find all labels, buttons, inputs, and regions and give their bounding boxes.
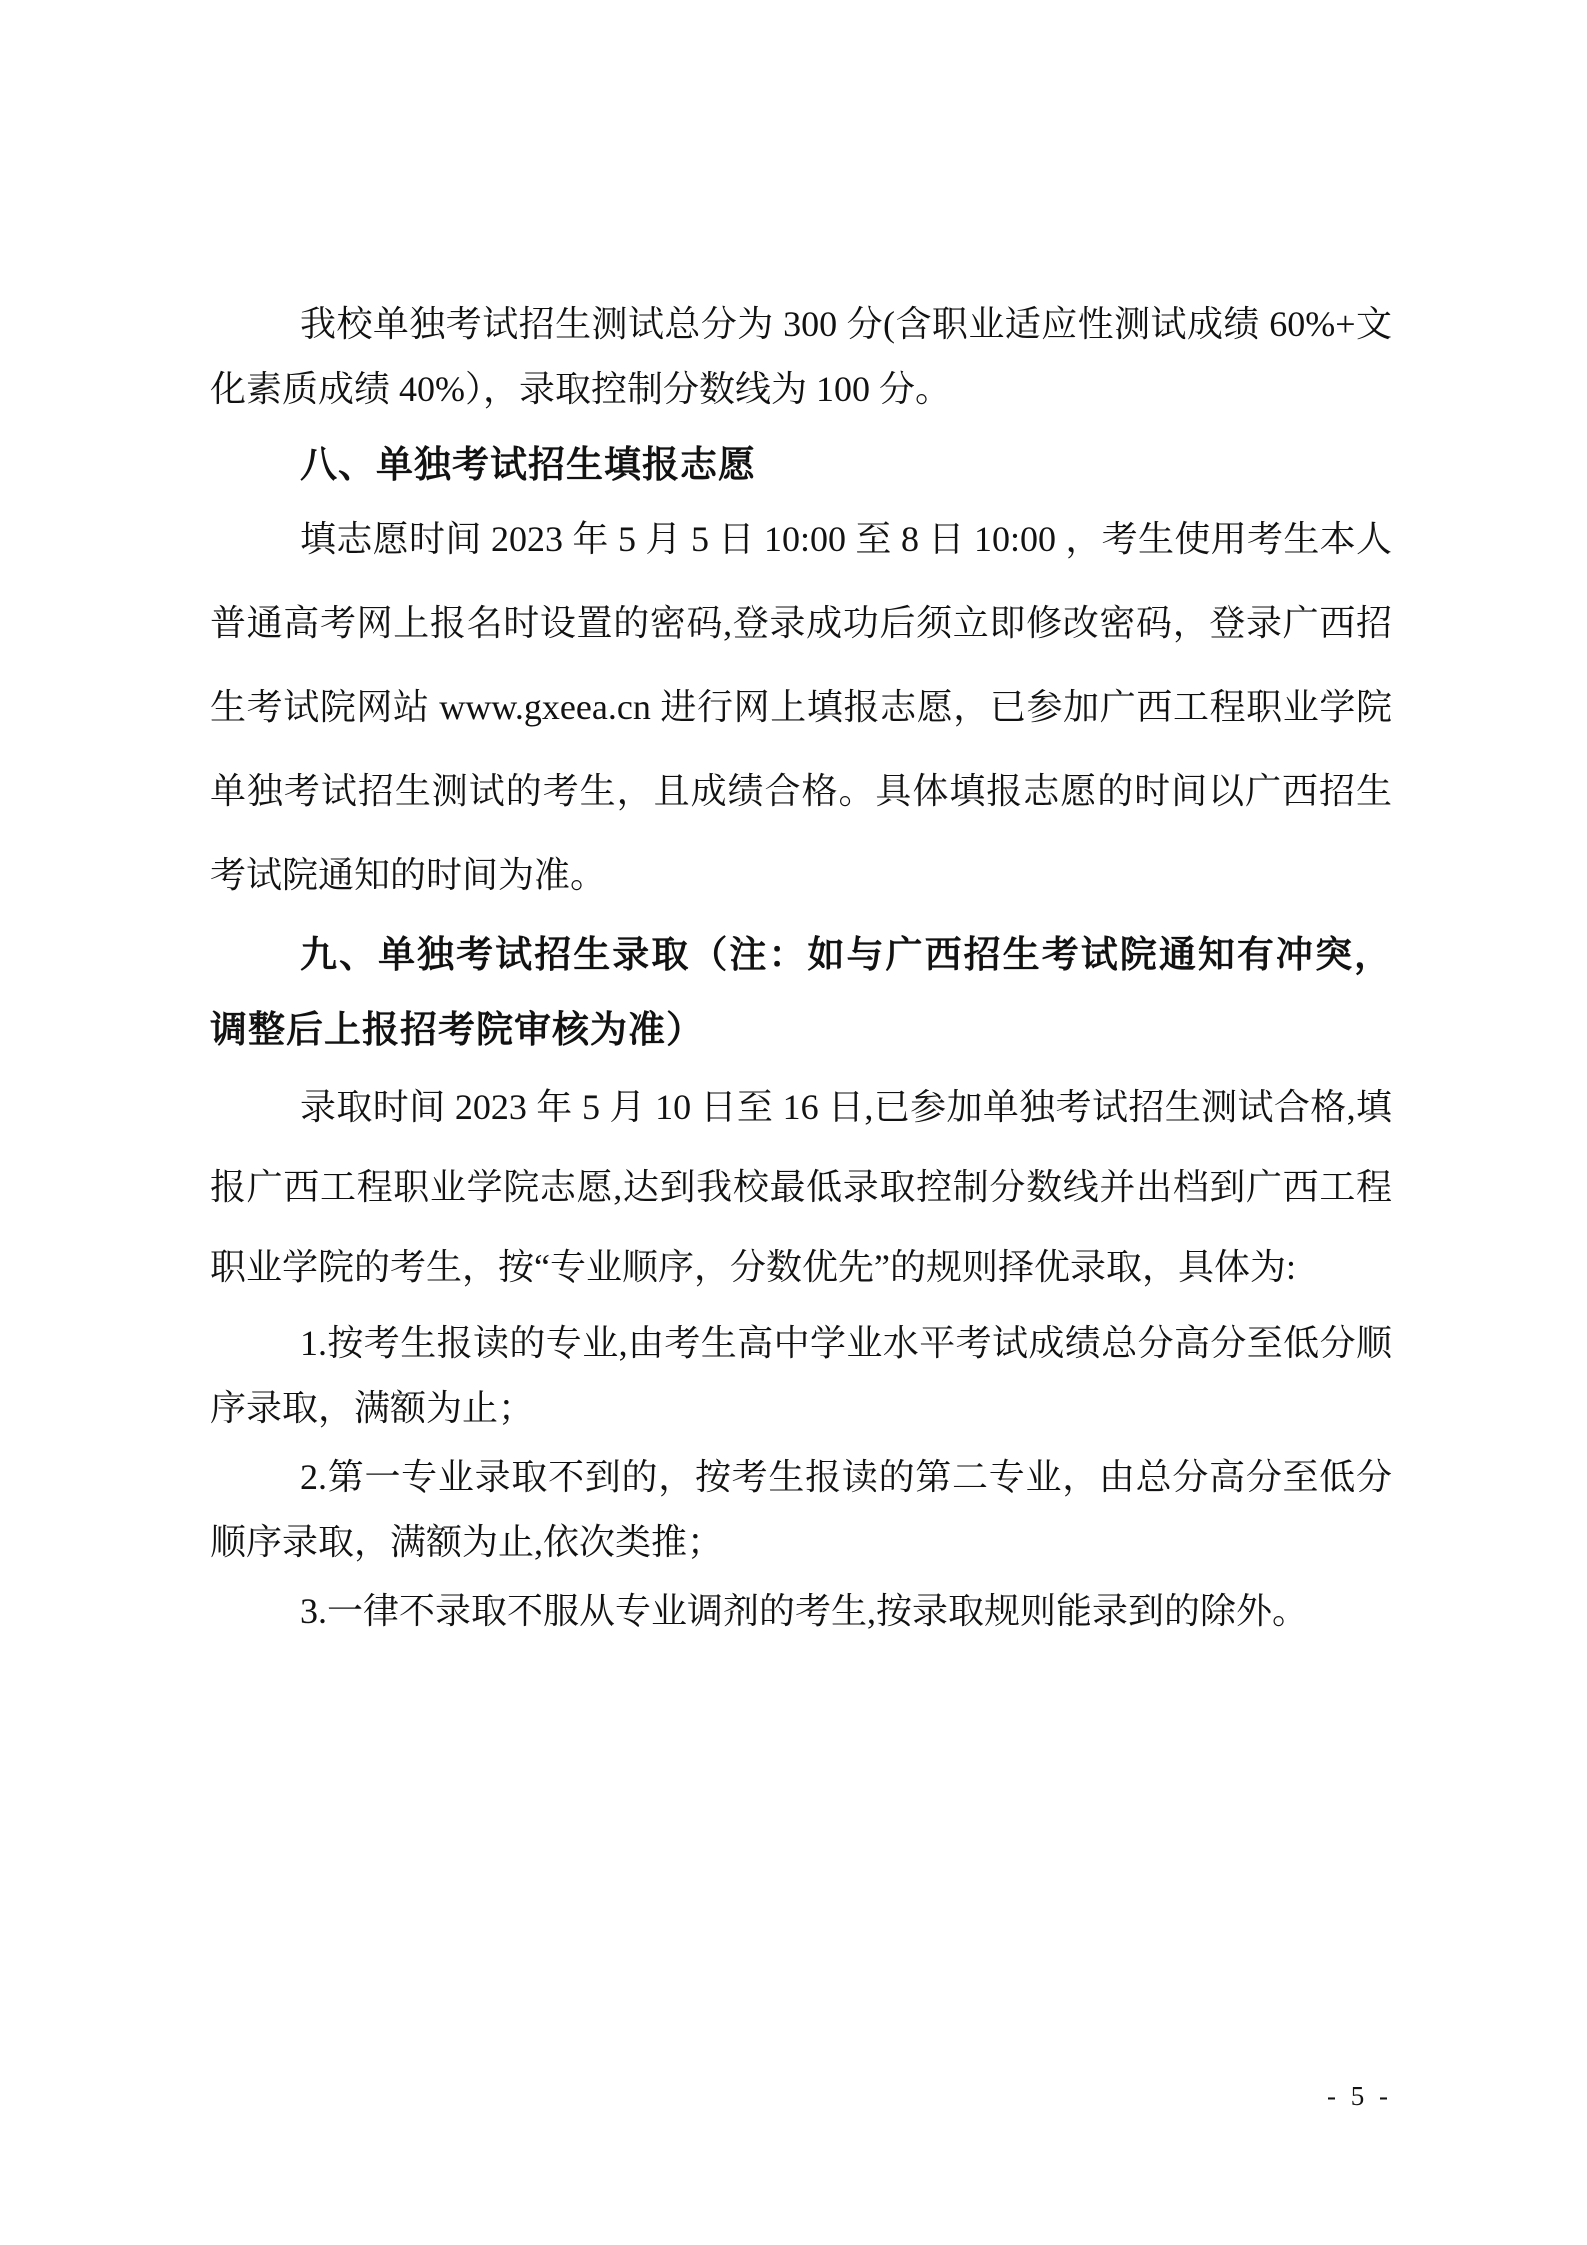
paragraph-total-score: 我校单独考试招生测试总分为 300 分(含职业适应性测试成绩 60%+文化素质成…: [210, 292, 1392, 422]
list-item-rule-2: 2.第一专业录取不到的，按考生报读的第二专业，由总分高分至低分顺序录取，满额为止…: [210, 1445, 1392, 1575]
list-item-rule-3: 3.一律不录取不服从专业调剂的考生,按录取规则能录到的除外。: [210, 1579, 1392, 1644]
heading-section-9-admission: 九、单独考试招生录取（注：如与广西招生考试院通知有冲突，调整后上报招考院审核为准…: [210, 917, 1392, 1067]
page-number: - 5 -: [210, 2080, 1392, 2112]
page-content: 我校单独考试招生测试总分为 300 分(含职业适应性测试成绩 60%+文化素质成…: [210, 0, 1392, 1644]
heading-section-8-volunteer: 八、单独考试招生填报志愿: [210, 432, 1392, 497]
list-item-rule-1: 1.按考生报读的专业,由考生高中学业水平考试成绩总分高分至低分顺序录取，满额为止…: [210, 1311, 1392, 1441]
paragraph-admission-rules: 录取时间 2023 年 5 月 10 日至 16 日,已参加单独考试招生测试合格…: [210, 1067, 1392, 1307]
paragraph-volunteer-filling: 填志愿时间 2023 年 5 月 5 日 10:00 至 8 日 10:00 ，…: [210, 497, 1392, 917]
document-page: 我校单独考试招生测试总分为 300 分(含职业适应性测试成绩 60%+文化素质成…: [0, 0, 1587, 2245]
